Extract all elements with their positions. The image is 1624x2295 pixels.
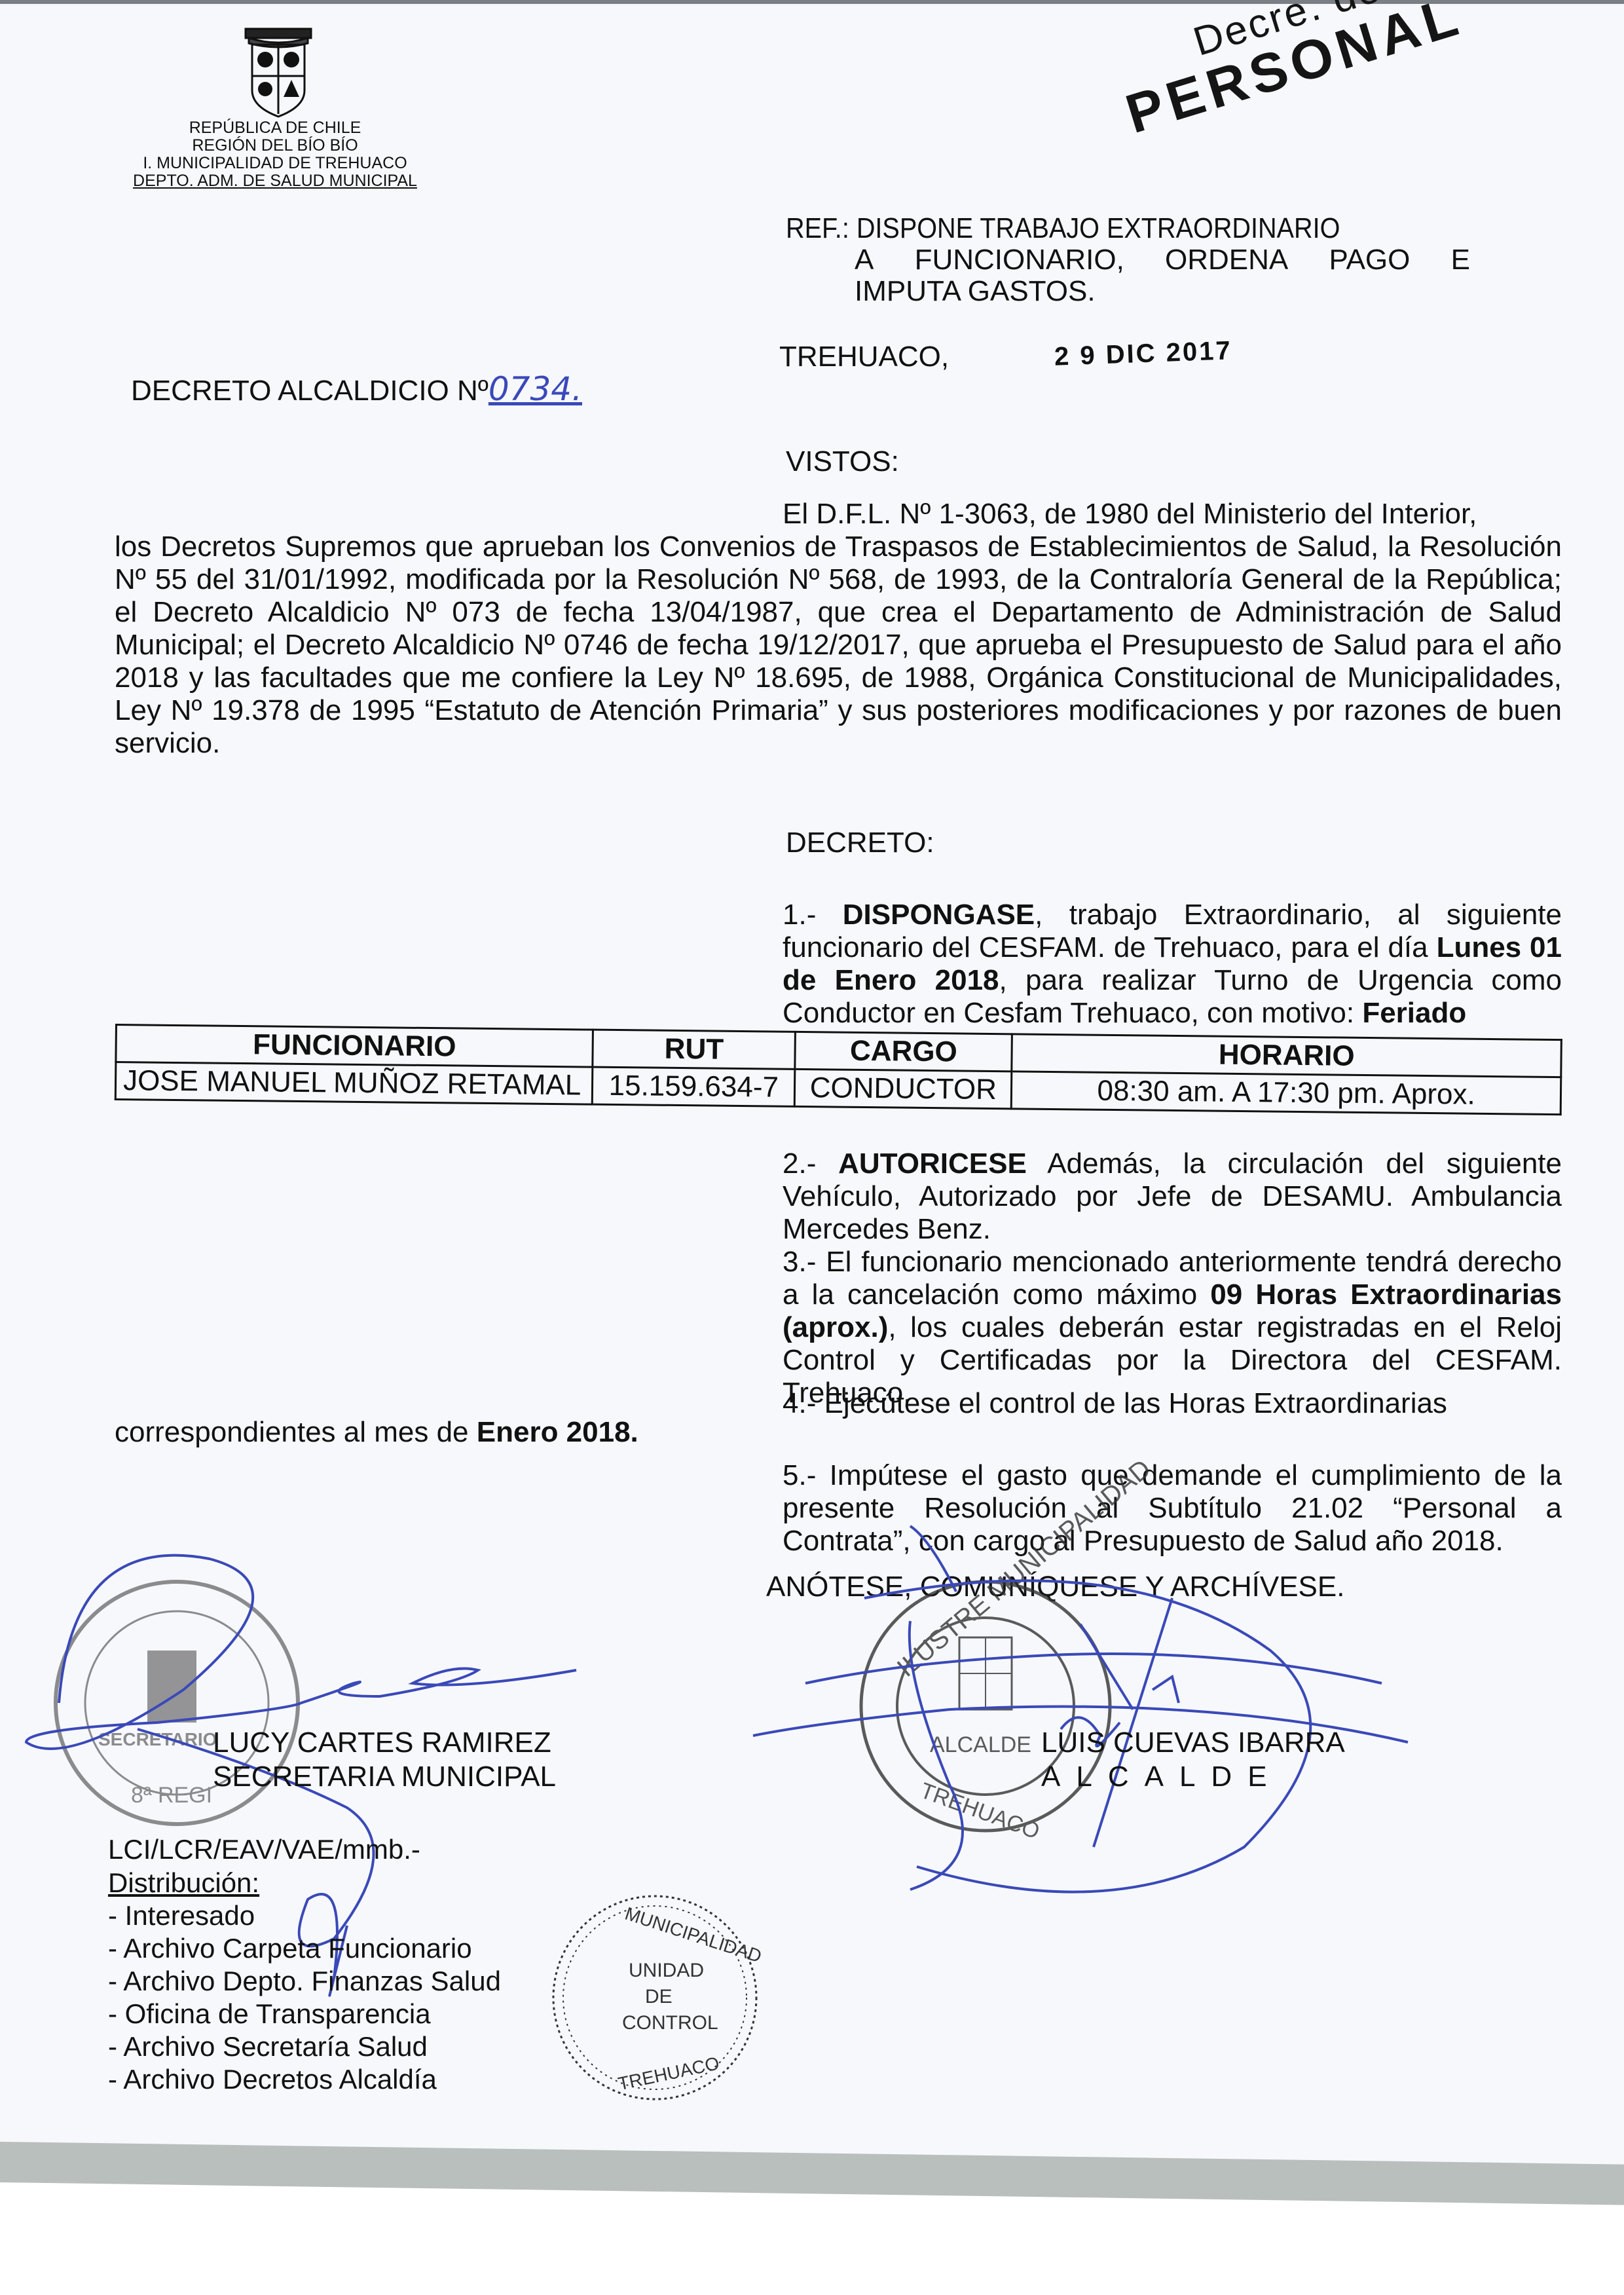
secretary-title: SECRETARIA MUNICIPAL bbox=[213, 1760, 556, 1794]
secretary-name: LUCY CARTES RAMIREZ bbox=[213, 1726, 556, 1760]
svg-text:SECRETARIO: SECRETARIO bbox=[98, 1729, 217, 1749]
distribution-item: - Archivo Carpeta Funcionario bbox=[108, 1932, 501, 1965]
svg-text:CONTROL: CONTROL bbox=[622, 2012, 718, 2034]
distribution-item: - Interesado bbox=[108, 1899, 501, 1932]
svg-text:UNIDAD: UNIDAD bbox=[629, 1960, 704, 1981]
distribution-item: - Archivo Decretos Alcaldía bbox=[108, 2063, 501, 2096]
svg-text:MUNICIPALIDAD: MUNICIPALIDAD bbox=[623, 1903, 764, 1967]
mayor-signature-block: LUIS CUEVAS IBARRA ALCALDE bbox=[1035, 1726, 1345, 1794]
distribution-title: Distribución: bbox=[108, 1867, 501, 1899]
secretary-signature-block: LUCY CARTES RAMIREZ SECRETARIA MUNICIPAL bbox=[213, 1726, 556, 1794]
distribution-item: - Archivo Depto. Finanzas Salud bbox=[108, 1965, 501, 1998]
distribution-item: - Archivo Secretaría Salud bbox=[108, 2030, 501, 2063]
distribution-item: - Oficina de Transparencia bbox=[108, 1998, 501, 2030]
mayor-name: LUIS CUEVAS IBARRA bbox=[1041, 1726, 1345, 1760]
mayor-title: ALCALDE bbox=[1041, 1760, 1345, 1794]
svg-text:ILUSTRE MUNICIPALIDAD: ILUSTRE MUNICIPALIDAD bbox=[892, 1454, 1156, 1683]
control-unit-seal-icon: UNIDAD DE CONTROL MUNICIPALIDAD TREHUACO bbox=[553, 1896, 764, 2099]
drafting-initials: LCI/LCR/EAV/VAE/mmb.- bbox=[108, 1834, 420, 1865]
svg-text:8ª REGI: 8ª REGI bbox=[131, 1783, 212, 1808]
svg-text:DE: DE bbox=[645, 1986, 673, 2007]
svg-text:ALCALDE: ALCALDE bbox=[930, 1732, 1031, 1757]
distribution-list: Distribución: - Interesado - Archivo Car… bbox=[108, 1867, 501, 2096]
svg-text:TREHUACO: TREHUACO bbox=[917, 1778, 1043, 1844]
